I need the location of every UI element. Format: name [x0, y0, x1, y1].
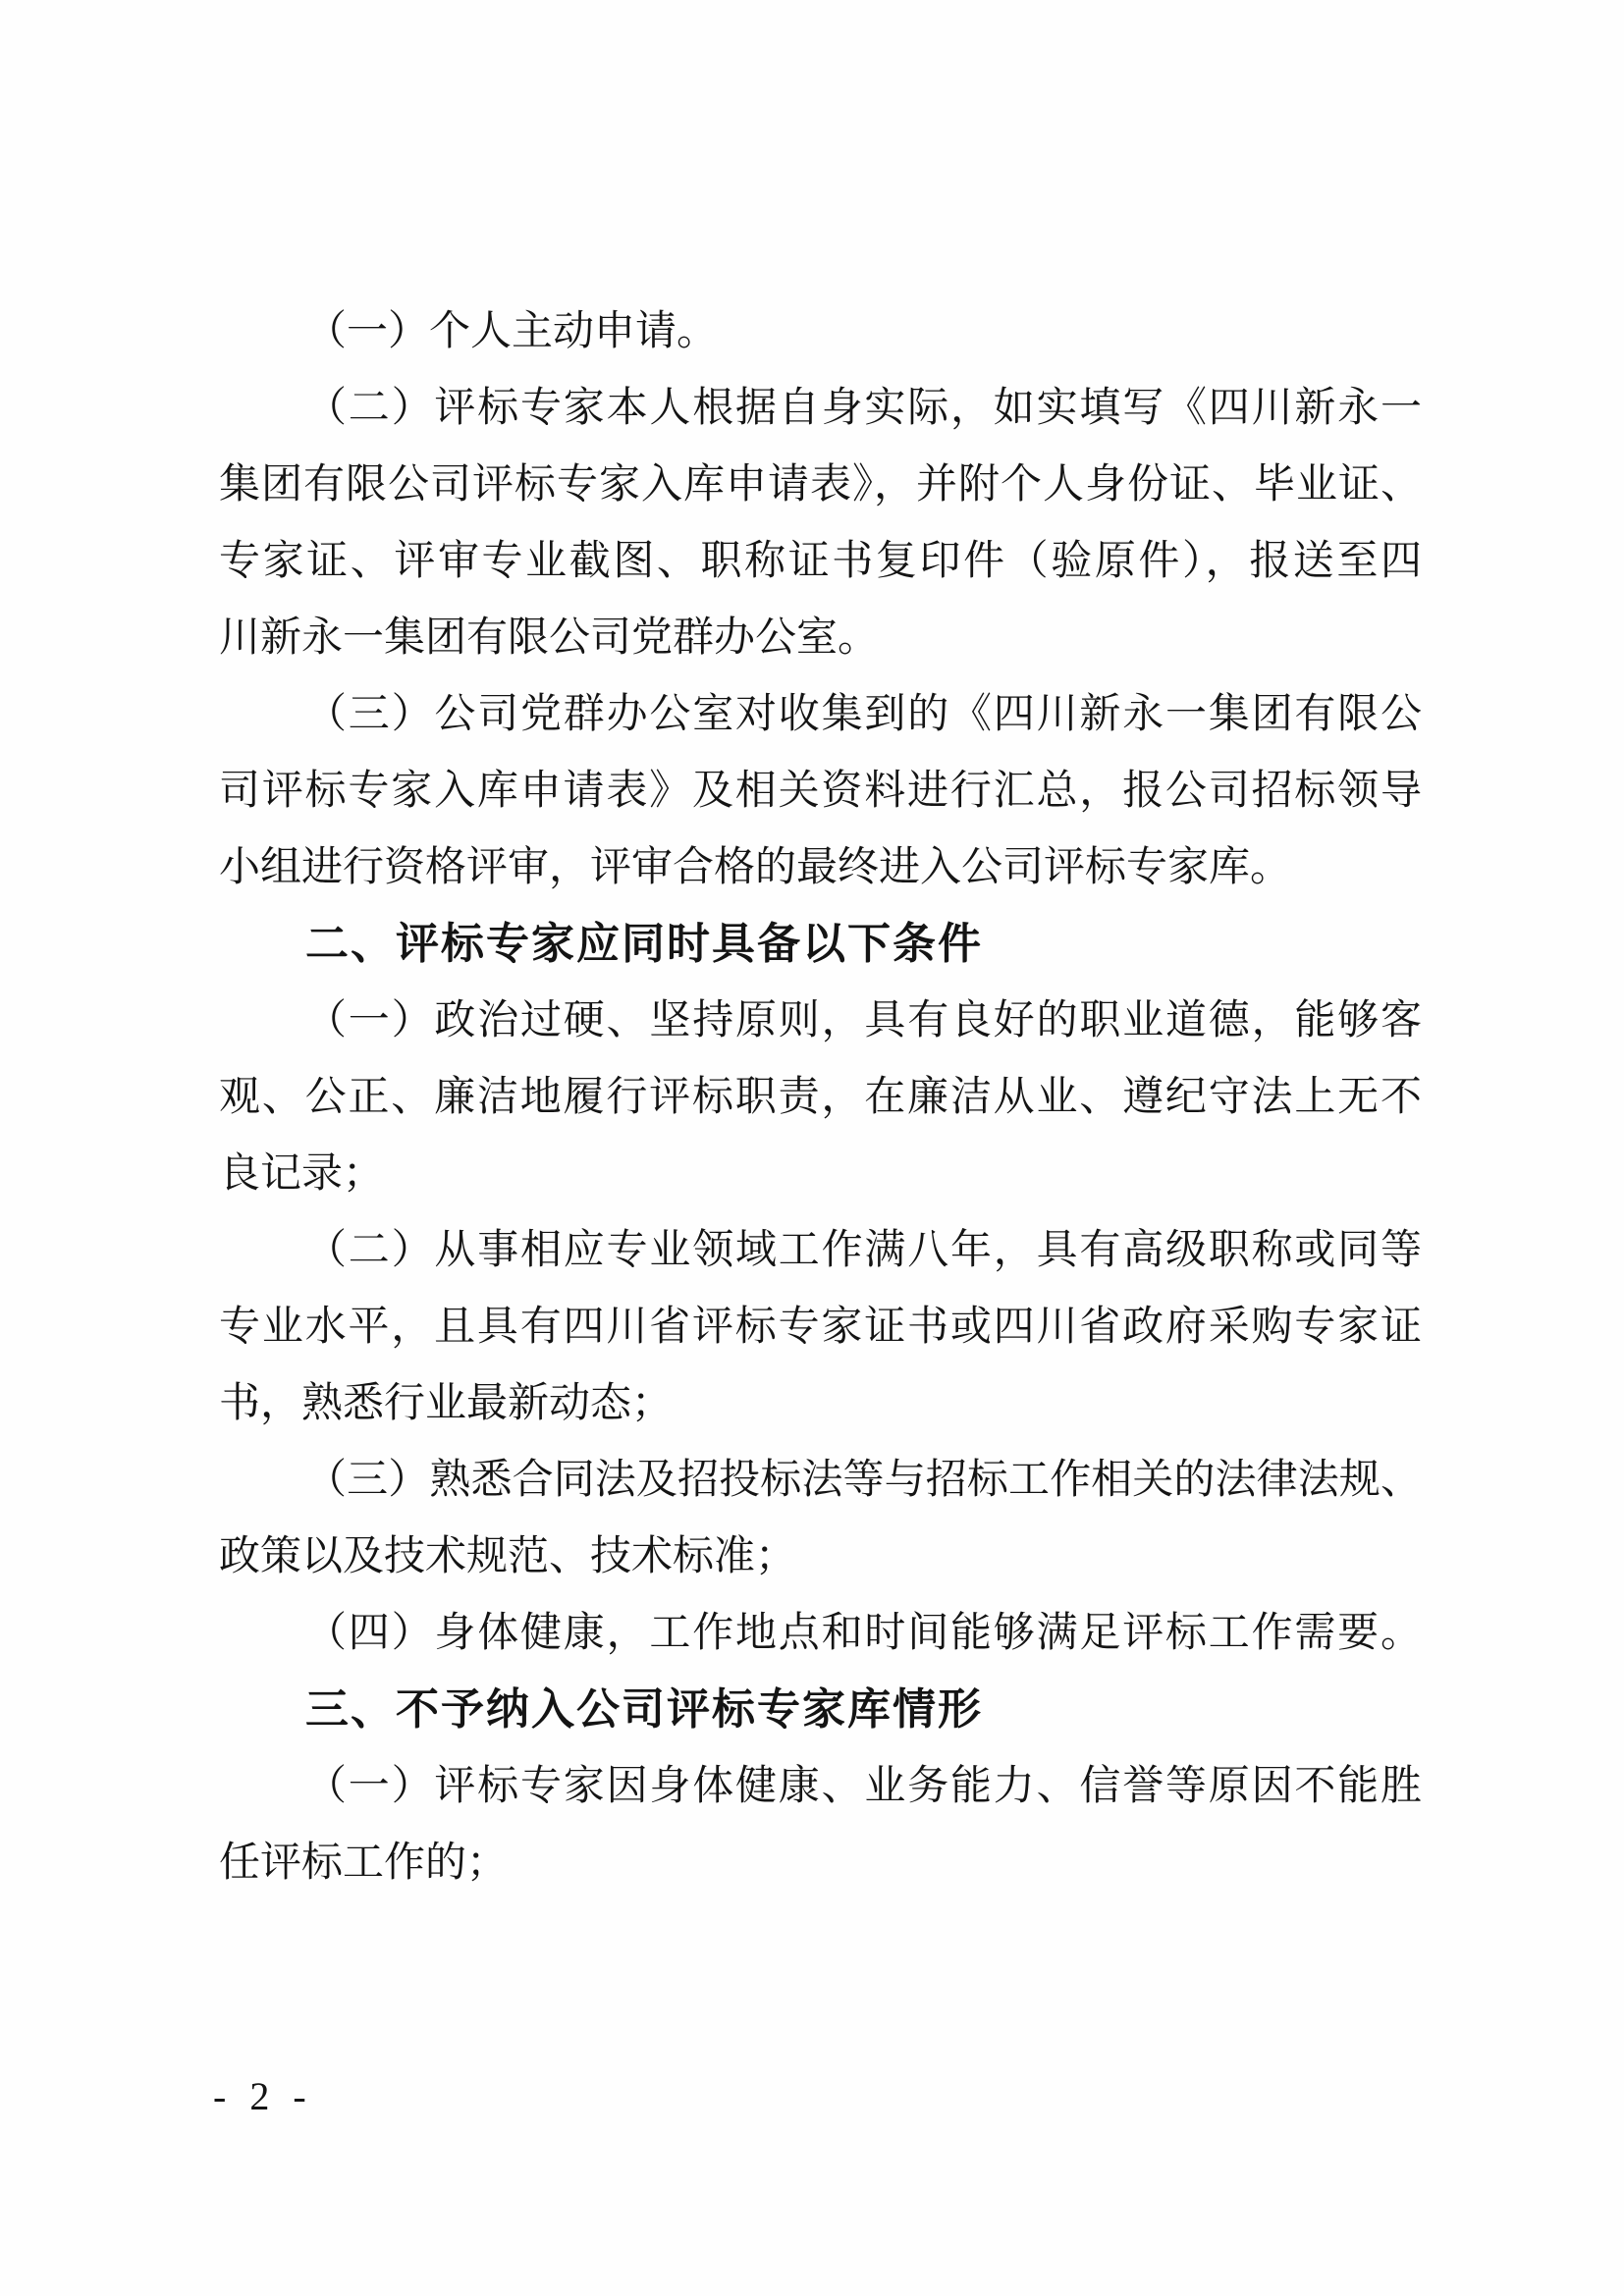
page-footer: - 2 - [213, 2073, 313, 2120]
text-line: 专家证、评审专业截图、职称证书复印件（验原件），报送至四 [219, 523, 1422, 600]
text-line: 观、公正、廉洁地履行评标职责，在廉洁从业、遵纪守法上无不 [219, 1059, 1422, 1136]
page-number: - 2 - [213, 2074, 313, 2118]
text-line: 良记录； [219, 1136, 1422, 1212]
text-line: 书，熟悉行业最新动态； [219, 1365, 1422, 1442]
text-line: （三）公司党群办公室对收集到的《四川新永一集团有限公 [219, 676, 1422, 753]
text-line: （三）熟悉合同法及招投标法等与招标工作相关的法律法规、 [219, 1442, 1422, 1519]
text-line: （一）评标专家因身体健康、业务能力、信誉等原因不能胜 [219, 1748, 1422, 1825]
text-line: 司评标专家入库申请表》及相关资料进行汇总，报公司招标领导 [219, 753, 1422, 829]
document-page: （一）个人主动申请。（二）评标专家本人根据自身实际，如实填写《四川新永一集团有限… [0, 0, 1624, 2296]
text-line: （二）从事相应专业领域工作满八年，具有高级职称或同等 [219, 1212, 1422, 1289]
document-text-block: （一）个人主动申请。（二）评标专家本人根据自身实际，如实填写《四川新永一集团有限… [219, 294, 1422, 1901]
text-line: 任评标工作的； [219, 1825, 1422, 1901]
text-line: 集团有限公司评标专家入库申请表》，并附个人身份证、毕业证、 [219, 447, 1422, 523]
text-line: （二）评标专家本人根据自身实际，如实填写《四川新永一 [219, 370, 1422, 447]
text-line: 川新永一集团有限公司党群办公室。 [219, 600, 1422, 676]
text-line: （四）身体健康，工作地点和时间能够满足评标工作需要。 [219, 1595, 1422, 1672]
section-heading: 二、评标专家应同时具备以下条件 [219, 906, 1422, 983]
text-line: （一）政治过硬、坚持原则，具有良好的职业道德，能够客 [219, 983, 1422, 1059]
text-line: 专业水平，且具有四川省评标专家证书或四川省政府采购专家证 [219, 1289, 1422, 1365]
text-line: 政策以及技术规范、技术标准； [219, 1519, 1422, 1595]
text-line: （一）个人主动申请。 [219, 294, 1422, 370]
section-heading: 三、不予纳入公司评标专家库情形 [219, 1672, 1422, 1748]
text-line: 小组进行资格评审，评审合格的最终进入公司评标专家库。 [219, 829, 1422, 906]
